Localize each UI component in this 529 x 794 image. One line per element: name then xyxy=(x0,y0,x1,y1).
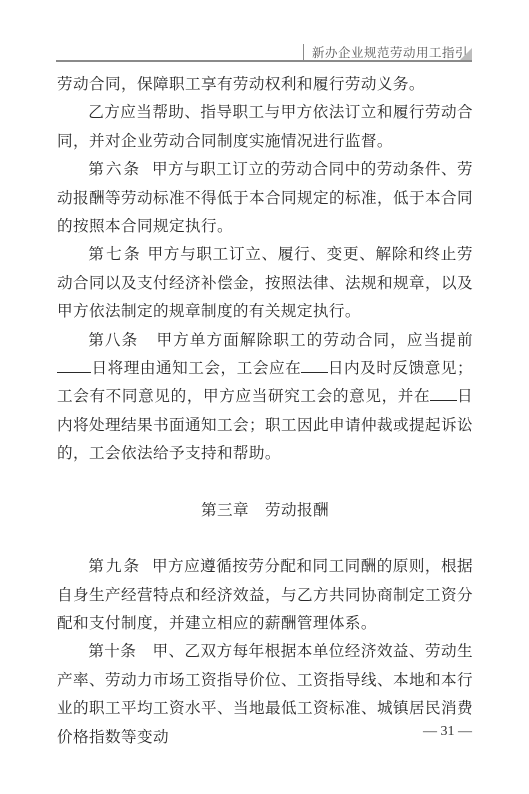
article-label: 第十条 xyxy=(88,642,136,660)
article-text: 甲方单方面解除职工的劳动合同，应当提前 xyxy=(156,331,473,349)
page-number: — 31 — xyxy=(423,724,472,740)
article-label: 第七条 xyxy=(88,245,142,263)
article-label: 第六条 xyxy=(88,160,141,178)
article-label: 第八条 xyxy=(88,331,138,349)
article-7: 第七条 甲方与职工订立、履行、变更、解除和终止劳动合同以及支付经济补偿金，按照法… xyxy=(57,240,473,325)
chapter-heading: 第三章 劳动报酬 xyxy=(57,496,473,524)
corner-triangle-icon xyxy=(460,48,472,60)
paragraph-continuation: 劳动合同，保障职工享有劳动权利和履行劳动义务。 xyxy=(57,70,473,98)
blank-days-feedback xyxy=(301,356,328,373)
article-text: 日将理由通知工会，工会应在 xyxy=(91,359,301,377)
article-8: 第八条 甲方单方面解除职工的劳动合同，应当提前日将理由通知工会，工会应在日内及时… xyxy=(57,326,473,468)
header-divider xyxy=(303,44,304,61)
article-6: 第六条 甲方与职工订立的劳动合同中的劳动条件、劳动报酬等劳动标准不得低于本合同规… xyxy=(57,155,473,240)
running-header: 新办企业规范劳动用工指引 xyxy=(56,40,472,62)
article-10: 第十条 甲、乙双方每年根据本单位经济效益、劳动生产率、劳动力市场工资指导价位、工… xyxy=(57,637,473,751)
article-label: 第九条 xyxy=(88,557,141,575)
paragraph-union-duty: 乙方应当帮助、指导职工与甲方依法订立和履行劳动合同，并对企业劳动合同制度实施情况… xyxy=(57,98,473,155)
article-9: 第九条 甲方应遵循按劳分配和同工同酬的原则，根据自身生产经营特点和经济效益，与乙… xyxy=(57,552,473,637)
header-rule xyxy=(56,60,472,62)
blank-days-result xyxy=(430,384,457,401)
blank-days-notice xyxy=(57,356,91,373)
running-title: 新办企业规范劳动用工指引 xyxy=(312,43,468,61)
page-body: 劳动合同，保障职工享有劳动权利和履行劳动义务。 乙方应当帮助、指导职工与甲方依法… xyxy=(57,70,473,751)
